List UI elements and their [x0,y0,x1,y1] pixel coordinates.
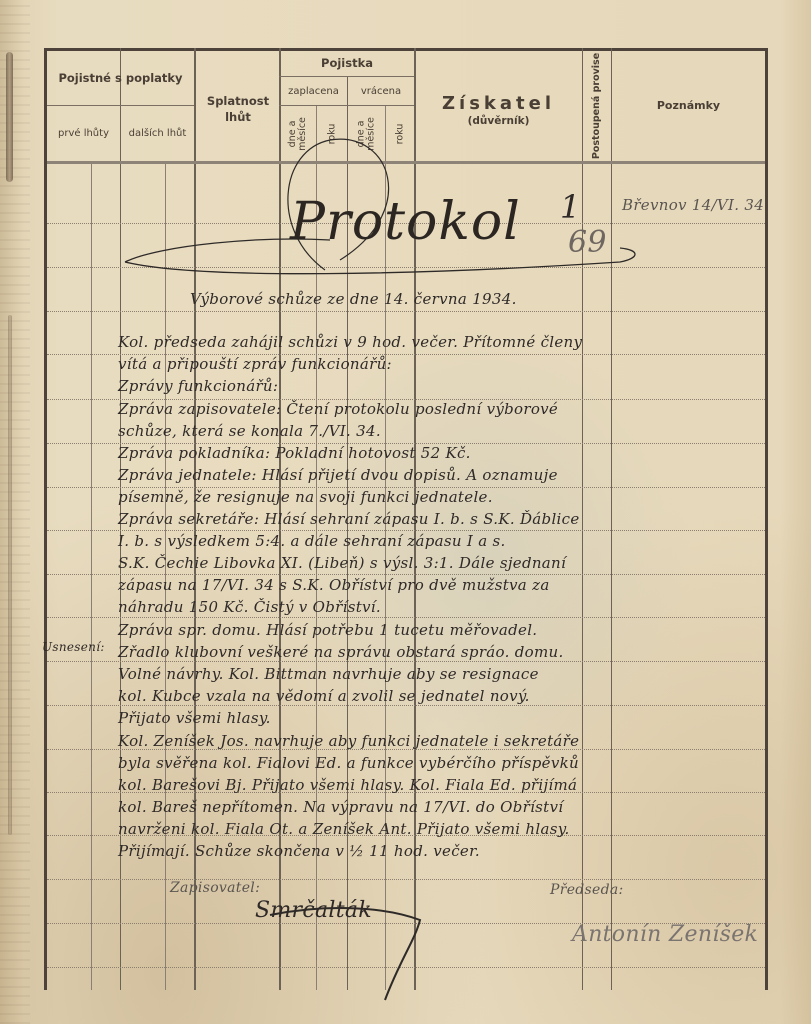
minutes-line: S.K. Čechie Libovka XI. (Libeň) s výsl. … [118,554,566,572]
minutes-line: Zřadlo klubovní veškeré na správu obstar… [118,643,564,661]
minutes-line: schůze, která se konala 7./VI. 34. [118,422,381,440]
protocol-title: Protokol [290,192,521,252]
minutes-line: kol. Bareš nepřítomen. Na výpravu na 17/… [118,798,563,816]
meeting-subtitle: Výborové schůze ze dne 14. června 1934. [190,290,517,308]
minutes-line: Zpráva spr. domu. Hlásí potřebu 1 tucetu… [118,621,537,639]
minutes-line: Přijato všemi hlasy. [118,709,271,727]
minutes-line: kol. Kubce vzala na vědomí a zvolil se j… [118,687,530,705]
minutes-line: Volné návrhy. Kol. Bittman navrhuje aby … [118,665,539,683]
minutes-line: zápasu na 17/VI. 34 s S.K. Obříství pro … [118,576,550,594]
minutes-line: Přijímají. Schůze skončena v ½ 11 hod. v… [118,842,480,860]
recorder-signature: Smrčalták [255,898,372,923]
minutes-line: písemně, že resignuje na svoji funkci je… [118,488,493,506]
minutes-line: Zpráva sekretáře: Hlásí sehraní zápasu I… [118,510,580,528]
minutes-line: Zprávy funkcionářů: [118,377,278,395]
chair-label: Předseda: [550,882,624,898]
protocol-mark: 1 [560,188,581,226]
minutes-line: vítá a připouští zpráv funkcionářů: [118,355,392,373]
place-date: Břevnov 14/VI. 34 [622,196,764,214]
chair-signature: Antonín Zeníšek [572,922,758,947]
minutes-line: Zpráva pokladníka: Pokladní hotovost 52 … [118,444,471,462]
minutes-line: náhradu 150 Kč. Čistý v Obříství. [118,598,381,616]
margin-note: Usnesení: [42,640,105,654]
minutes-line: Kol. předseda zahájil schůzi v 9 hod. ve… [118,333,582,351]
minutes-line: kol. Barešovi Bj. Přijato všemi hlasy. K… [118,776,577,794]
protocol-number: 69 [568,225,607,260]
recorder-label: Zapisovatel: [170,880,260,896]
minutes-line: Zpráva zapisovatele: Čtení protokolu pos… [118,400,558,418]
minutes-line: Kol. Zeníšek Jos. navrhuje aby funkci je… [118,732,579,750]
minutes-line: I. b. s výsledkem 5:4. a dále sehraní zá… [118,532,506,550]
minutes-line: navrženi kol. Fiala Ot. a Zeníšek Ant. P… [118,820,570,838]
minutes-line: Zpráva jednatele: Hlásí přijetí dvou dop… [118,466,558,484]
minutes-line: byla svěřena kol. Fialovi Ed. a funkce v… [118,754,579,772]
